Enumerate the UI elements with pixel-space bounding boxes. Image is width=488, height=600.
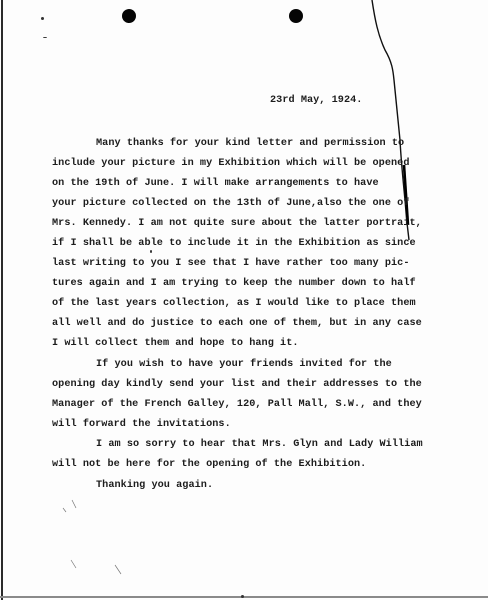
page-left-border <box>1 0 3 600</box>
letter-line: include your picture in my Exhibition wh… <box>52 158 409 169</box>
ink-speck <box>41 17 44 20</box>
letter-closing: Thanking you again. <box>96 480 213 491</box>
letter-line: I am so sorry to hear that Mrs. Glyn and… <box>96 439 423 450</box>
letter-line: all well and do justice to each one of t… <box>52 318 422 329</box>
ink-speck <box>43 37 47 38</box>
page-bottom-border <box>0 596 488 598</box>
letter-line: Many thanks for your kind letter and per… <box>96 138 404 149</box>
letter-line: on the 19th of June. I will make arrange… <box>52 178 379 189</box>
letter-page: 23rd May, 1924. Many thanks for your kin… <box>0 0 488 600</box>
letter-line: If you wish to have your friends invited… <box>96 359 392 370</box>
letter-line: Manager of the French Galley, 120, Pall … <box>52 399 422 410</box>
ink-speck <box>241 595 244 598</box>
letter-line: opening day kindly send your list and th… <box>52 379 422 390</box>
letter-line: if I shall be able to include it in the … <box>52 238 416 249</box>
punch-hole-right <box>289 9 303 23</box>
letter-line: tures again and I am trying to keep the … <box>52 278 416 289</box>
letter-line: last writing to you I see that I have ra… <box>52 258 409 269</box>
letter-line: Mrs. Kennedy. I am not quite sure about … <box>52 218 422 229</box>
letter-line: I will collect them and hope to hang it. <box>52 338 299 349</box>
ink-speck <box>150 250 152 253</box>
punch-hole-left <box>122 9 136 23</box>
letter-line: will forward the invitations. <box>52 419 231 430</box>
letter-line: will not be here for the opening of the … <box>52 459 366 470</box>
letter-line: of the last years collection, as I would… <box>52 298 416 309</box>
letter-date: 23rd May, 1924. <box>270 95 362 106</box>
letter-line: your picture collected on the 13th of Ju… <box>52 198 409 209</box>
